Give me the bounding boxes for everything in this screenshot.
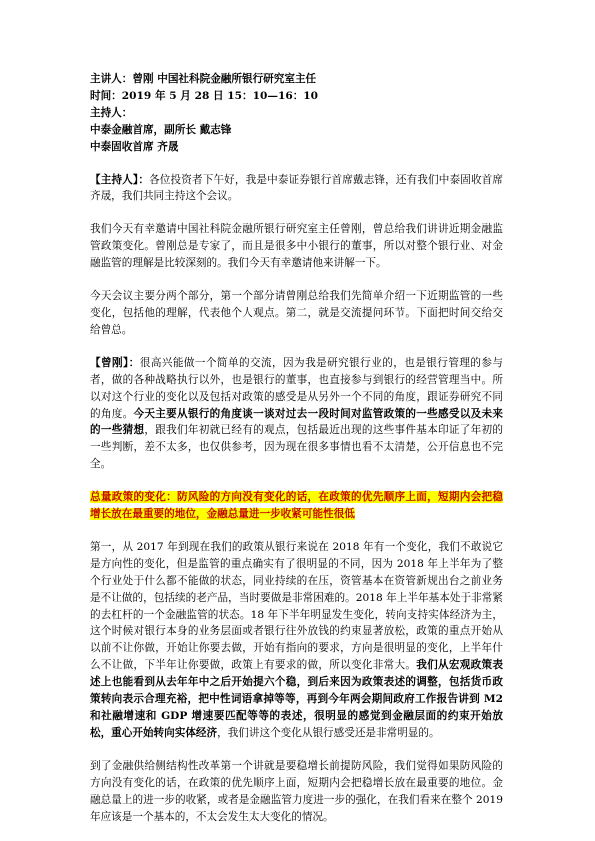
moderator-speaker-tag: 【主持人】： [90, 174, 149, 186]
highlight-summary-paragraph: 总量政策的变化：防风险的方向没有变化的话，在政策的优先顺序上面，短期内会把稳增长… [90, 489, 503, 523]
moderator-opening-paragraph: 【主持人】：各位投资者下午好，我是中泰证券银行首席戴志锋，还有我们中泰固收首席齐… [90, 172, 503, 206]
zenggang-speaker-tag: 【曾刚】： [90, 357, 140, 369]
document-page: 主讲人：曾刚 中国社科院金融所银行研究室主任 时间：2019 年 5 月 28 … [0, 0, 595, 841]
lecturer-line: 主讲人：曾刚 中国社科院金融所银行研究室主任 [90, 71, 503, 88]
policy-review-lead: 第一，从 2017 年到现在我们的政策从银行来说在 2018 年有一个变化，我们… [90, 541, 503, 671]
zenggang-opening-paragraph: 【曾刚】：很高兴能做一个简单的交流，因为我是研究银行业的，也是银行管理的参与者，… [90, 355, 503, 473]
guest-introduction-text: 我们今天有幸邀请中国社科院金融所银行研究室主任曾刚，曾总给我们讲讲近期金融监管政… [90, 223, 503, 269]
agenda-text: 今天会议主要分两个部分，第一个部分请曾刚总给我们先简单介绍一下近期监管的一些变化… [90, 290, 503, 336]
agenda-paragraph: 今天会议主要分两个部分，第一个部分请曾刚总给我们先简单介绍一下近期监管的一些变化… [90, 288, 503, 339]
supply-side-reform-paragraph: 到了金融供给侧结构性改革第一个讲就是要稳增长前提防风险，我们觉得如果防风险的方向… [90, 758, 503, 826]
time-line: 时间：2019 年 5 月 28 日 15：10—16：10 [90, 88, 503, 105]
moderator-opening-text: 各位投资者下午好，我是中泰证券银行首席戴志锋，还有我们中泰固收首席齐晟，我们共同… [90, 174, 503, 203]
host-line-qisheng: 中泰固收首席 齐晟 [90, 139, 503, 156]
policy-review-paragraph: 第一，从 2017 年到现在我们的政策从银行来说在 2018 年有一个变化，我们… [90, 539, 503, 742]
supply-side-reform-text: 到了金融供给侧结构性改革第一个讲就是要稳增长前提防风险，我们觉得如果防风险的方向… [90, 760, 503, 823]
highlight-summary-text: 总量政策的变化：防风险的方向没有变化的话，在政策的优先顺序上面，短期内会把稳增长… [90, 491, 503, 520]
zenggang-opening-tail: ，跟我们年初就已经有的观点，包括最近出现的这些事件基本印证了年初的一些判断，差不… [90, 424, 503, 470]
host-line-daizhifeng: 中泰金融首席，副所长 戴志锋 [90, 122, 503, 139]
host-label-line: 主持人： [90, 105, 503, 122]
policy-review-tail: ，我们讲这个变化从银行感受还是非常明显的。 [217, 727, 439, 739]
guest-introduction-paragraph: 我们今天有幸邀请中国社科院金融所银行研究室主任曾刚，曾总给我们讲讲近期金融监管政… [90, 221, 503, 272]
document-header: 主讲人：曾刚 中国社科院金融所银行研究室主任 时间：2019 年 5 月 28 … [90, 71, 503, 156]
